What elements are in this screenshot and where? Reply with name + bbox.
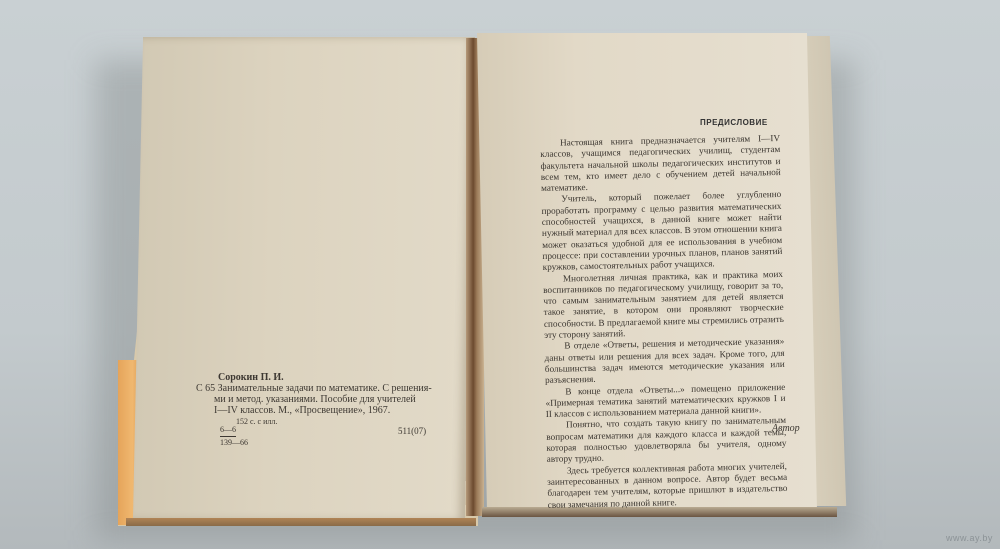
preface-paragraph: Понятно, что создать такую книгу по зани… xyxy=(546,415,787,465)
udc-code: 511(07) xyxy=(398,426,426,436)
imprint-line: ми и метод. указаниями. Пособие для учит… xyxy=(214,394,446,405)
left-page xyxy=(133,37,475,520)
imprint-line: I—IV классов. М., «Просвещение», 1967. xyxy=(214,405,446,416)
code-bottom: 139—66 xyxy=(220,438,248,447)
catalog-mark: С 65 xyxy=(196,383,215,394)
preface-paragraph: Многолетняя личная практика, как и практ… xyxy=(543,269,784,342)
preface-text: Настоящая книга предназначается учителям… xyxy=(540,133,788,511)
preface-title: ПРЕДИСЛОВИЕ xyxy=(700,118,768,127)
right-cover-bottom-edge xyxy=(482,507,837,517)
watermark: www.ay.by xyxy=(946,533,993,543)
publisher-codes: 6—6 139—66 xyxy=(220,424,248,449)
preface-paragraph: В отделе «Ответы, решения и методические… xyxy=(544,336,785,386)
code-top: 6—6 xyxy=(220,424,236,437)
imprint-line: С 65 Занимательные задачи по математике.… xyxy=(196,383,446,394)
imprint-author: Сорокин П. И. xyxy=(218,372,446,383)
preface-paragraph: Настоящая книга предназначается учителям… xyxy=(540,133,781,194)
imprint-block: Сорокин П. И. С 65 Занимательные задачи … xyxy=(196,372,446,427)
preface-paragraph: В конце отдела «Ответы...» помещено прил… xyxy=(545,381,786,420)
left-cover-bottom-edge xyxy=(126,518,476,526)
preface-signature: Автор xyxy=(772,423,800,434)
preface-paragraph: Здесь требуется коллективная работа мног… xyxy=(547,461,788,511)
preface-paragraph: Учитель, который пожелает более углублен… xyxy=(541,189,783,273)
